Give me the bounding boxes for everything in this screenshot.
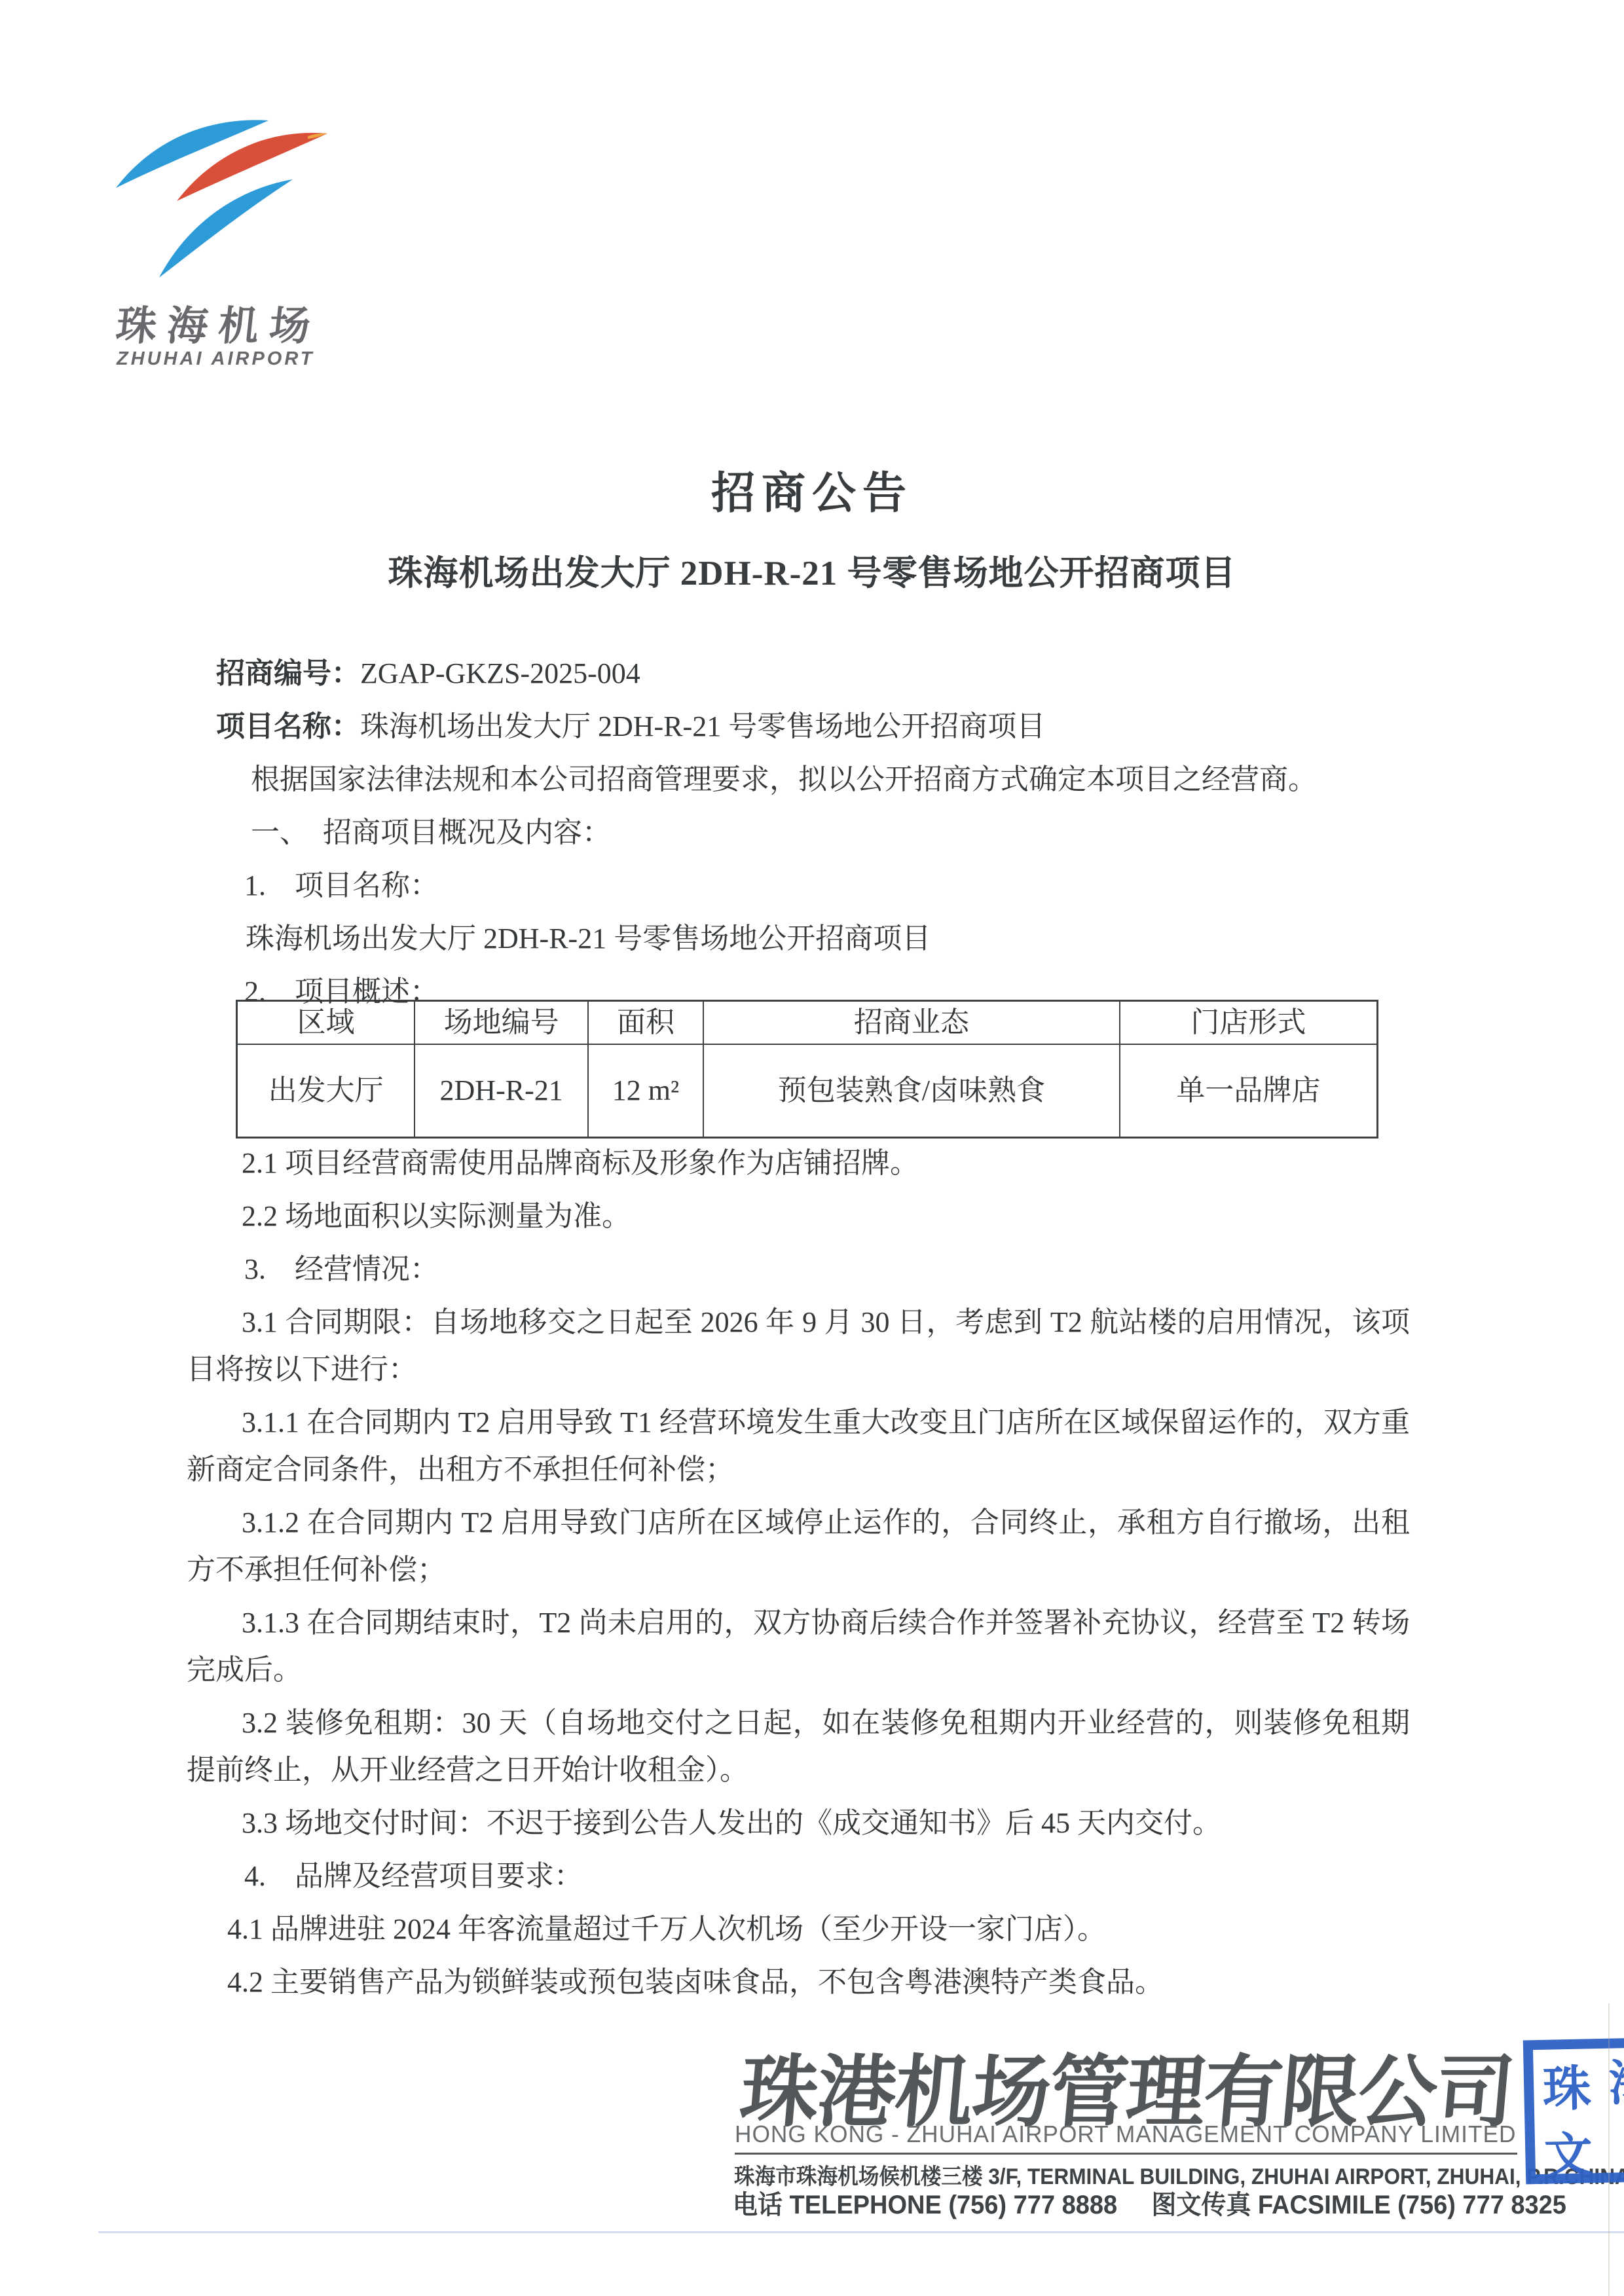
logo-english-name: ZHUHAI AIRPORT bbox=[117, 348, 346, 370]
clause-paragraph: 3.1 合同期限：自场地移交之日起至 2026 年 9 月 30 日，考虑到 T… bbox=[187, 1299, 1410, 1393]
table-cell: 出发大厅 bbox=[237, 1044, 415, 1138]
project-name-body-line: 珠海机场出发大厅 2DH-R-21 号零售场地公开招商项目 bbox=[187, 915, 1410, 962]
clause-paragraph: 3.3 场地交付时间：不迟于接到公告人发出的《成交通知书》后 45 天内交付。 bbox=[187, 1800, 1410, 1847]
clause-paragraph: 3.1.3 在合同期结束时，T2 尚未启用的，双方协商后续合作并签署补充协议，经… bbox=[187, 1599, 1410, 1694]
document-body: 招商编号：ZGAP-GKZS-2025-004 项目名称：珠海机场出发大厅 2D… bbox=[187, 650, 1410, 2012]
table-header-cell: 面积 bbox=[588, 1001, 703, 1045]
footer-divider bbox=[735, 2153, 1517, 2155]
stamp-character-grid: 珠 海 文 bbox=[1533, 2047, 1624, 2174]
table-cell: 12 m² bbox=[588, 1044, 703, 1138]
clause-list: 2.1 项目经营商需使用品牌商标及形象作为店铺招牌。2.2 场地面积以实际测量为… bbox=[187, 1140, 1410, 2006]
swoosh-bottom-blue bbox=[159, 179, 293, 278]
airport-swoosh-icon bbox=[111, 115, 334, 285]
project-overview-table: 区域场地编号面积招商业态门店形式 出发大厅2DH-R-2112 m²预包装熟食/… bbox=[236, 1000, 1378, 1139]
table-row: 出发大厅2DH-R-2112 m²预包装熟食/卤味熟食单一品牌店 bbox=[237, 1044, 1378, 1138]
zhuhai-airport-logo: 珠海机场 ZHUHAI AIRPORT bbox=[111, 111, 347, 386]
intro-paragraph: 根据国家法律法规和本公司招商管理要求，拟以公开招商方式确定本项目之经营商。 bbox=[187, 756, 1410, 803]
table-header-cell: 招商业态 bbox=[703, 1001, 1120, 1045]
stamp-char-wen: 文 bbox=[1534, 2117, 1602, 2187]
project-name-line: 项目名称：珠海机场出发大厅 2DH-R-21 号零售场地公开招商项目 bbox=[187, 703, 1410, 750]
clause-paragraph: 3.1.2 在合同期内 T2 启用导致门店所在区域停止运作的，合同终止，承租方自… bbox=[187, 1499, 1410, 1594]
footer-contact-line: 电话 TELEPHONE (756) 777 8888图文传真 FACSIMIL… bbox=[733, 2184, 1541, 2221]
document-subtitle: 珠海机场出发大厅 2DH-R-21 号零售场地公开招商项目 bbox=[0, 545, 1624, 595]
logo-chinese-name: 珠海机场 bbox=[113, 293, 348, 352]
clause-paragraph: 3.1.1 在合同期内 T2 启用导致 T1 经营环境发生重大改变且门店所在区域… bbox=[187, 1399, 1410, 1493]
stamp-char-hai: 海 bbox=[1599, 2044, 1624, 2115]
scanned-document-page: { "logo": { "cn": "珠海机场", "en": "ZHUHAI … bbox=[0, 0, 1624, 2296]
clause-paragraph: 2.1 项目经营商需使用品牌商标及形象作为店铺招牌。 bbox=[187, 1140, 1410, 1187]
clause-paragraph: 3.2 装修免租期：30 天（自场地交付之日起，如在装修免租期内开业经营的，则装… bbox=[187, 1700, 1410, 1794]
scan-artifact-line bbox=[98, 2231, 1624, 2233]
project-name-value: 珠海机场出发大厅 2DH-R-21 号零售场地公开招商项目 bbox=[360, 710, 1045, 742]
table-cell: 2DH-R-21 bbox=[415, 1044, 588, 1138]
clause-paragraph: 3. 经营情况： bbox=[187, 1246, 1410, 1293]
clause-paragraph: 2.2 场地面积以实际测量为准。 bbox=[187, 1193, 1410, 1240]
footer-telephone: 电话 TELEPHONE (756) 777 8888 bbox=[733, 2191, 1117, 2219]
footer-facsimile: 图文传真 FACSIMILE (756) 777 8325 bbox=[1151, 2191, 1566, 2219]
project-code-line: 招商编号：ZGAP-GKZS-2025-004 bbox=[187, 650, 1410, 697]
item-1-heading: 1. 项目名称： bbox=[187, 862, 1410, 909]
project-name-label: 项目名称： bbox=[216, 710, 360, 742]
table-cell: 预包装熟食/卤味熟食 bbox=[703, 1044, 1120, 1138]
table-cell: 单一品牌店 bbox=[1120, 1044, 1378, 1138]
scan-edge-line bbox=[1608, 2003, 1610, 2296]
clause-paragraph: 4.1 品牌进驻 2024 年客流量超过千万人次机场（至少开设一家门店）。 bbox=[187, 1906, 1410, 1953]
project-code-label: 招商编号： bbox=[216, 657, 360, 689]
clause-paragraph: 4.2 主要销售产品为锁鲜装或预包装卤味食品，不包含粤港澳特产类食品。 bbox=[187, 1959, 1410, 2006]
section-1-heading: 一、 招商项目概况及内容： bbox=[187, 809, 1410, 856]
table-header-cell: 场地编号 bbox=[415, 1001, 588, 1045]
document-title: 招商公告 bbox=[0, 458, 1624, 521]
project-code-value: ZGAP-GKZS-2025-004 bbox=[360, 657, 640, 689]
table-header-cell: 门店形式 bbox=[1120, 1001, 1378, 1045]
stamp-char-zhu: 珠 bbox=[1533, 2050, 1600, 2121]
stamp-char-empty bbox=[1600, 2117, 1624, 2187]
footer-company-name-en: HONG KONG - ZHUHAI AIRPORT MANAGEMENT CO… bbox=[735, 2121, 1508, 2148]
clause-paragraph: 4. 品牌及经营项目要求： bbox=[187, 1853, 1410, 1900]
